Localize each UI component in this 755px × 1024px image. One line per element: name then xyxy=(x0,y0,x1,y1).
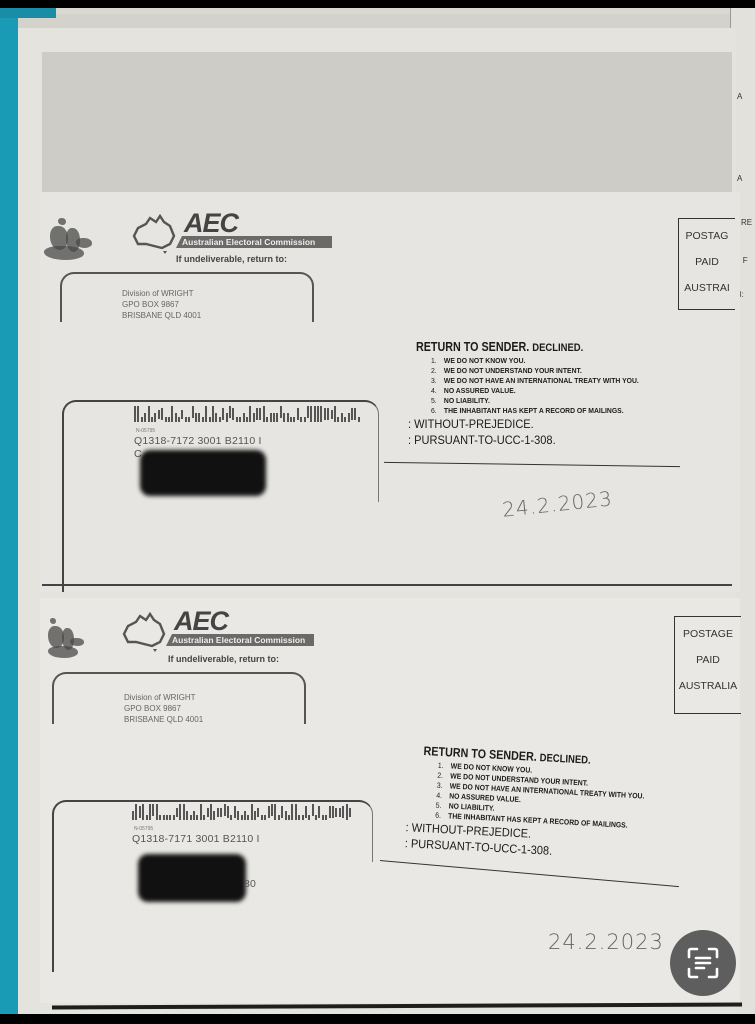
envelope-1: AEC Australian Electoral Commission If u… xyxy=(40,192,740,592)
australia-map-icon xyxy=(130,214,176,254)
coat-of-arms-icon xyxy=(44,218,94,264)
return-to-sender-stamp: RETURN TO SENDER. DECLINED. 1.WE DO NOT … xyxy=(418,744,671,865)
australia-map-icon xyxy=(120,612,166,652)
redaction-mark xyxy=(140,450,266,496)
return-address: Division of WRIGHT GPO BOX 9867 BRISBANE… xyxy=(124,692,203,725)
photo: A RE VI F 3: A AEC Australian Electoral … xyxy=(0,8,755,1014)
decline-reasons: 1.WE DO NOT KNOW YOU. 2.WE DO NOT UNDERS… xyxy=(416,356,664,416)
handwritten-date: 24.2.2023 xyxy=(548,930,664,954)
text-scan-button[interactable] xyxy=(670,930,736,996)
teal-backdrop-top xyxy=(0,8,56,18)
recipient-window xyxy=(62,400,94,592)
handwritten-date: 24.2.2023 xyxy=(501,486,614,521)
postage-paid-indicia: POSTAG PAID AUSTRAI xyxy=(678,218,735,310)
text-scan-icon xyxy=(685,945,721,981)
postage-paid-indicia: POSTAGE PAID AUSTRALIA xyxy=(674,616,741,714)
redaction-mark xyxy=(138,854,246,902)
teal-backdrop xyxy=(0,8,18,1014)
postal-barcode xyxy=(132,804,351,820)
envelope-2: AEC Australian Electoral Commission If u… xyxy=(40,598,740,1003)
return-address: Division of WRIGHT GPO BOX 9867 BRISBANE… xyxy=(122,288,201,321)
return-to-sender-stamp: RETURN TO SENDER. DECLINED. 1.WE DO NOT … xyxy=(416,340,664,448)
coat-of-arms-icon xyxy=(46,618,84,664)
envelope-edge xyxy=(42,584,732,586)
postal-barcode xyxy=(134,406,360,422)
photocopy-shadow xyxy=(42,52,732,200)
recipient-window xyxy=(52,800,84,972)
